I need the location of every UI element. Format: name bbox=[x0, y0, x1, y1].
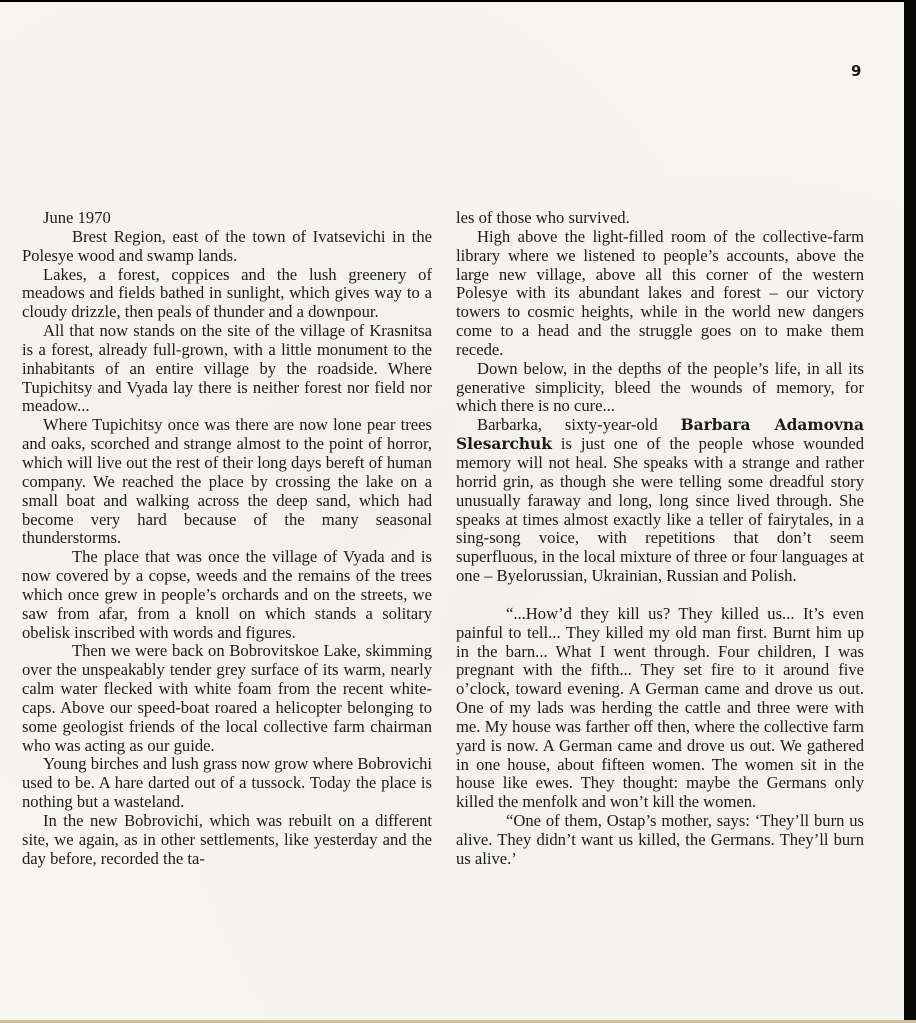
paragraph: Where Tupichitsy once was there are now … bbox=[22, 416, 432, 548]
paragraph: High above the light-filled room of the … bbox=[456, 228, 864, 360]
text: Barbarka, sixty-year-old bbox=[477, 415, 681, 434]
paragraph: Young birches and lush grass now grow wh… bbox=[22, 755, 432, 812]
page-edge-shadow bbox=[904, 0, 916, 1023]
paragraph-continuation: les of those who survived. bbox=[456, 209, 864, 228]
paragraph: Down below, in the depths of the people’… bbox=[456, 360, 864, 417]
page-number: 9 bbox=[851, 62, 861, 80]
dateline: June 1970 bbox=[22, 209, 432, 228]
paragraph: Brest Region, east of the town of Ivatse… bbox=[22, 228, 432, 266]
paragraph: Lakes, a forest, coppices and the lush g… bbox=[22, 266, 432, 323]
book-page: 9 June 1970 Brest Region, east of the to… bbox=[0, 2, 904, 1020]
paragraph: Then we were back on Bobrovitskoe Lake, … bbox=[22, 642, 432, 755]
left-column: June 1970 Brest Region, east of the town… bbox=[22, 209, 432, 869]
right-column: les of those who survived. High above th… bbox=[456, 209, 864, 869]
paragraph: In the new Bobrovichi, which was rebuilt… bbox=[22, 812, 432, 869]
text: is just one of the people whose wounded … bbox=[456, 434, 864, 585]
paragraph-barbarka: Barbarka, sixty-year-old Barbara Adamov­… bbox=[456, 416, 864, 586]
paragraph: All that now stands on the site of the v… bbox=[22, 322, 432, 416]
testimony-paragraph: “One of them, Ostap’s mother, says: ‘The… bbox=[456, 812, 864, 869]
paragraph: The place that was once the village of V… bbox=[22, 548, 432, 642]
testimony-paragraph: “...How’d they kill us? They killed us..… bbox=[456, 605, 864, 812]
